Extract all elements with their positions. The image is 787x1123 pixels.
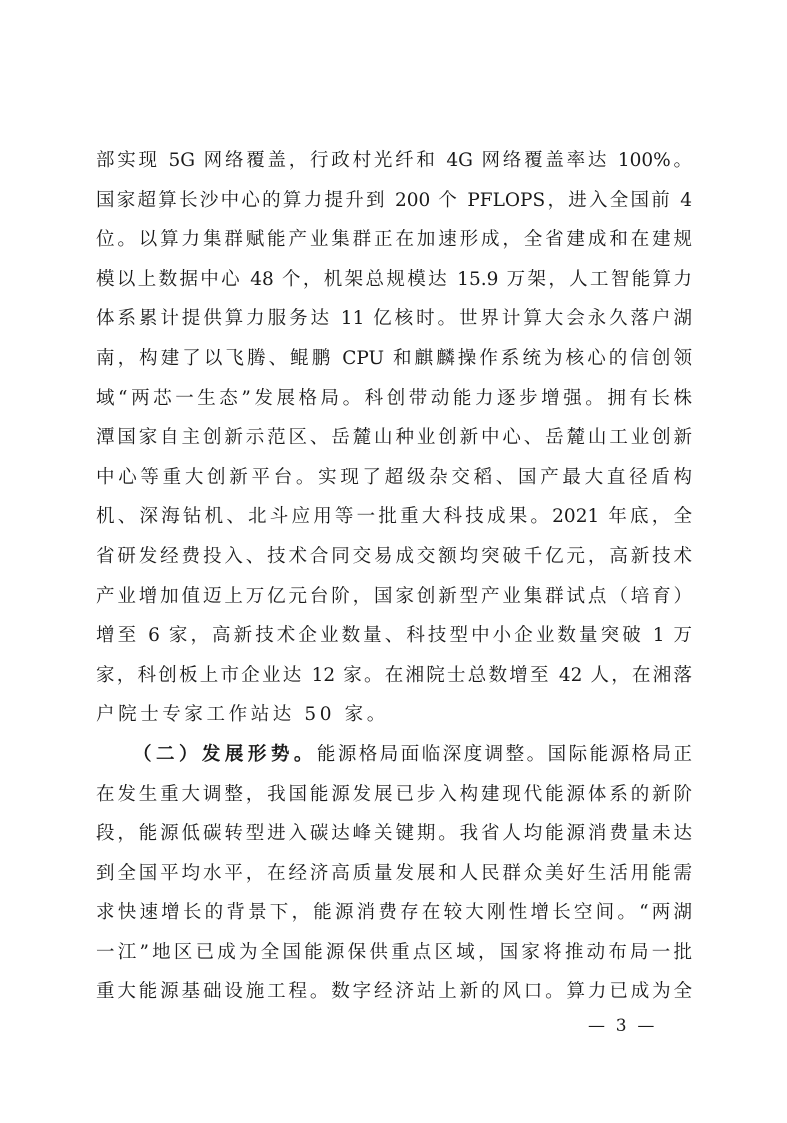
text-line: 求快速增长的背景下，能源消费存在较大刚性增长空间。“两湖 — [96, 893, 692, 933]
text-line: 产业增加值迈上万亿元台阶，国家创新型产业集群试点（培育） — [96, 577, 692, 617]
paragraph-infrastructure-and-innovation: 部实现 5G 网络覆盖，行政村光纤和 4G 网络覆盖率达 100%。 国家超算长… — [96, 141, 692, 735]
text-line: 国家超算长沙中心的算力提升到 200 个 PFLOPS，进入全国前 4 — [96, 181, 692, 221]
section-heading: （二）发展形势。 — [133, 744, 317, 765]
text-line: 中心等重大创新平台。实现了超级杂交稻、国产最大直径盾构 — [96, 458, 692, 498]
text-line: 增至 6 家，高新技术企业数量、科技型中小企业数量突破 1 万 — [96, 616, 692, 656]
text-line: 位。以算力集群赋能产业集群正在加速形成，全省建成和在建规 — [96, 220, 692, 260]
heading-line-text: 能源格局面临深度调整。国际能源格局正 — [317, 744, 692, 765]
text-line: 段，能源低碳转型进入碳达峰关键期。我省人均能源消费量未达 — [96, 814, 692, 854]
text-line: 省研发经费投入、技术合同交易成交额均突破千亿元，高新技术 — [96, 537, 692, 577]
text-line: 南，构建了以飞腾、鲲鹏 CPU 和麒麟操作系统为核心的信创领 — [96, 339, 692, 379]
page-number: — 3 — — [588, 1014, 654, 1038]
text-line: 潭国家自主创新示范区、岳麓山种业创新中心、岳麓山工业创新 — [96, 418, 692, 458]
text-line: 体系累计提供算力服务达 11 亿核时。世界计算大会永久落户湖 — [96, 299, 692, 339]
text-line: 家，科创板上市企业达 12 家。在湘院士总数增至 42 人，在湘落 — [96, 656, 692, 696]
text-line: 模以上数据中心 48 个，机架总规模达 15.9 万架，人工智能算力 — [96, 260, 692, 300]
paragraph-development-situation: （二）发展形势。能源格局面临深度调整。国际能源格局正 在发生重大调整，我国能源发… — [96, 735, 692, 1012]
document-page: 部实现 5G 网络覆盖，行政村光纤和 4G 网络覆盖率达 100%。 国家超算长… — [0, 0, 787, 1123]
text-line: 机、深海钻机、北斗应用等一批重大科技成果。2021 年底，全 — [96, 497, 692, 537]
text-line: 部实现 5G 网络覆盖，行政村光纤和 4G 网络覆盖率达 100%。 — [96, 141, 692, 181]
text-line: 域“两芯一生态”发展格局。科创带动能力逐步增强。拥有长株 — [96, 379, 692, 419]
text-line: 户院士专家工作站达 50 家。 — [96, 695, 692, 735]
text-line: 在发生重大调整，我国能源发展已步入构建现代能源体系的新阶 — [96, 775, 692, 815]
body-text: 部实现 5G 网络覆盖，行政村光纤和 4G 网络覆盖率达 100%。 国家超算长… — [96, 141, 692, 1012]
text-line: 一江”地区已成为全国能源保供重点区域，国家将推动布局一批 — [96, 933, 692, 973]
text-line-with-heading: （二）发展形势。能源格局面临深度调整。国际能源格局正 — [96, 735, 692, 775]
text-line: 到全国平均水平，在经济高质量发展和人民群众美好生活用能需 — [96, 854, 692, 894]
text-line: 重大能源基础设施工程。数字经济站上新的风口。算力已成为全 — [96, 972, 692, 1012]
